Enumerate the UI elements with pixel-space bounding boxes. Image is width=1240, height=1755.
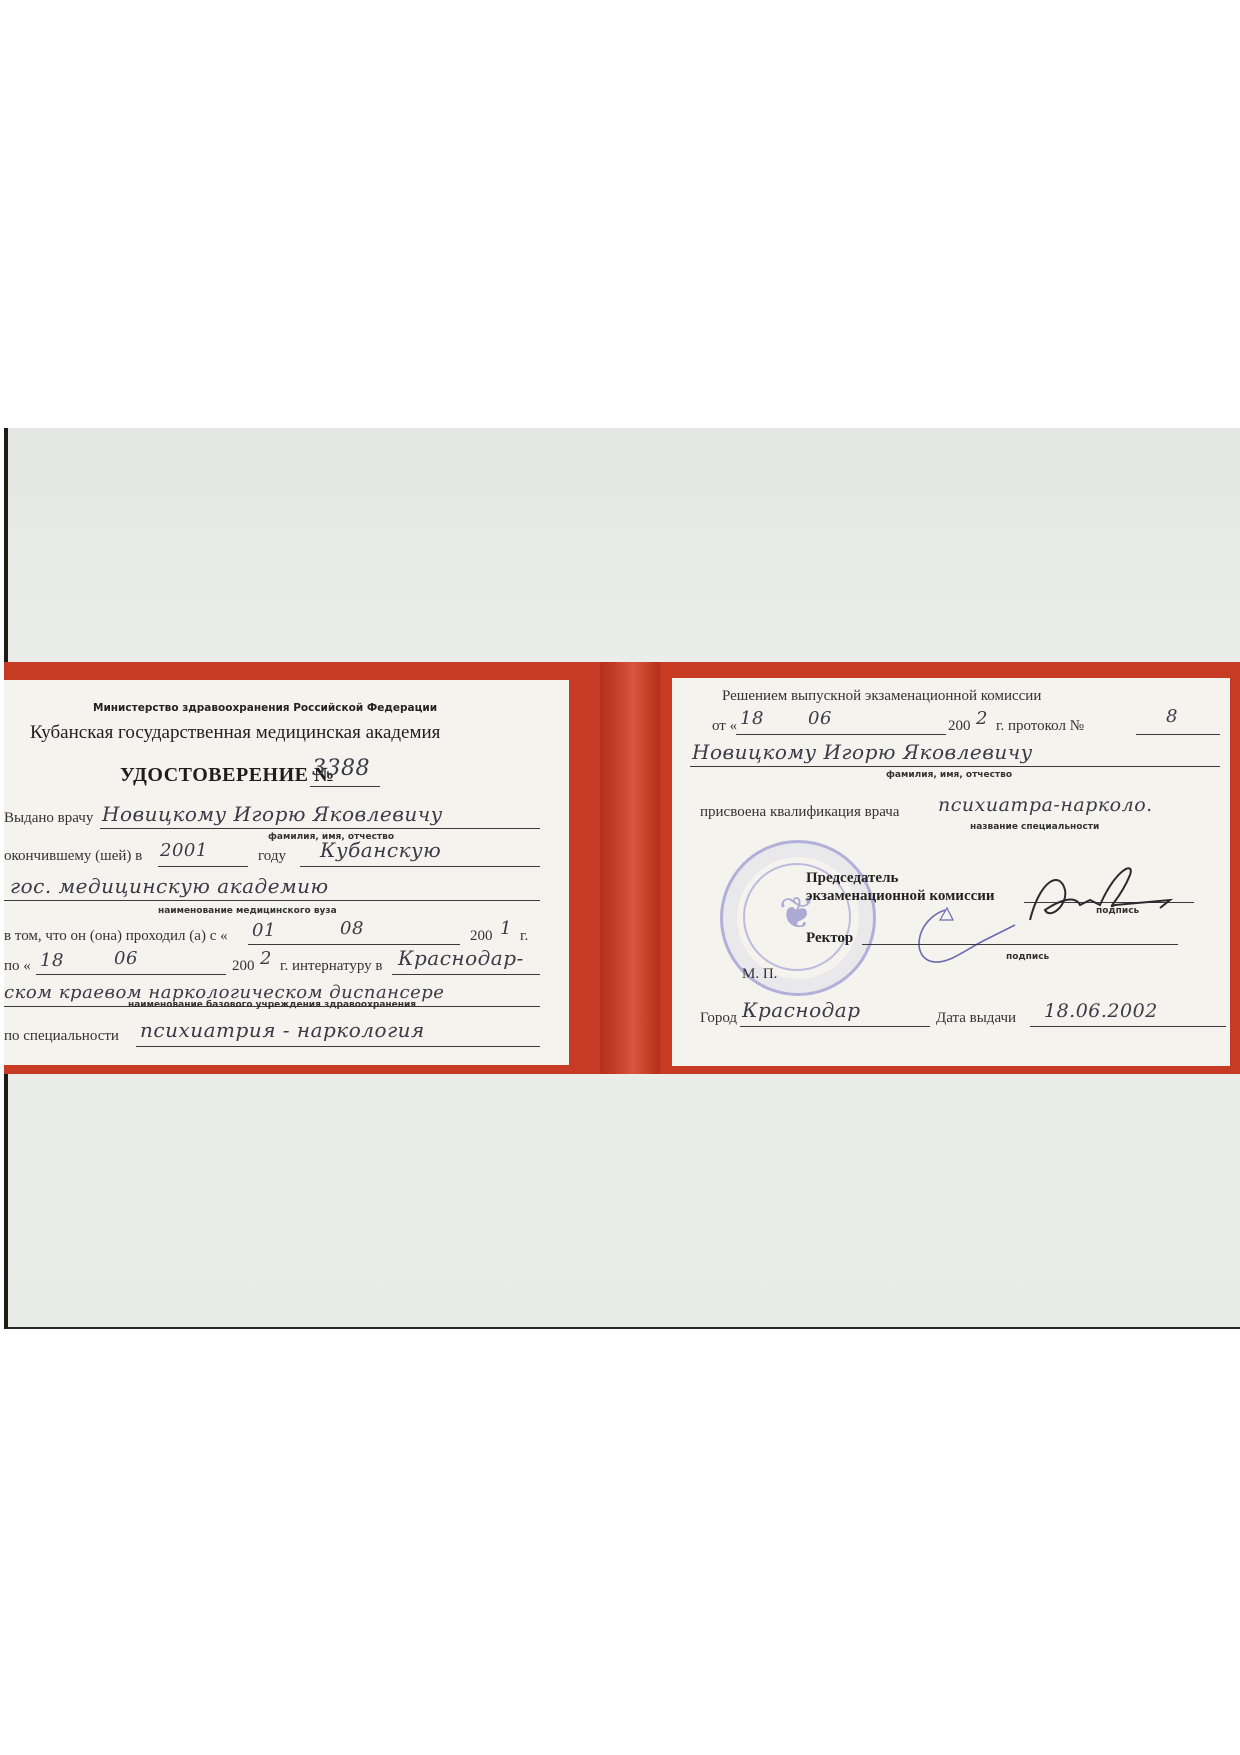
from-year-suffix: г.	[520, 928, 528, 945]
university-caption: наименование медицинского вуза	[158, 906, 337, 916]
qualification-caption: название специальности	[970, 822, 1099, 832]
to-year-digit: 2	[260, 948, 272, 969]
decision-from-label: от «	[712, 718, 737, 735]
period-to-label: по «	[4, 958, 31, 975]
from-day: 01	[252, 920, 276, 941]
from-year-prefix: 200	[470, 928, 493, 945]
period-from-label: в том, что он (она) проходил (а) с «	[4, 928, 228, 945]
university-line-2: гос. медицинскую академию	[10, 874, 329, 898]
university-underline-2	[4, 900, 540, 901]
specialty-underline	[136, 1046, 540, 1047]
rector-signature-line	[862, 944, 1178, 945]
chairman-label-1: Председатель	[806, 870, 898, 887]
qualification-label: присвоена квалификация врача	[700, 804, 899, 821]
to-year-prefix: 200	[232, 958, 255, 975]
decision-month: 06	[808, 708, 832, 729]
name-underline	[100, 828, 540, 829]
from-year-digit: 1	[500, 918, 512, 939]
city-value: Краснодар	[742, 998, 861, 1022]
institution-caption: наименование базового учреждения здравоо…	[128, 1000, 416, 1010]
academy-name: Кубанская государственная медицинская ак…	[30, 722, 440, 744]
specialty-value: психиатрия - наркология	[140, 1018, 425, 1042]
rector-signature-caption: подпись	[1006, 952, 1049, 962]
chairman-signature-icon	[1020, 860, 1190, 940]
from-date-underline	[248, 944, 460, 945]
qualification-value: психиатра-нарколо.	[938, 794, 1153, 816]
decision-date-underline	[736, 734, 946, 735]
number-underline	[310, 786, 380, 787]
certificate-title: УДОСТОВЕРЕНИЕ №	[120, 764, 335, 787]
decision-day: 18	[740, 708, 764, 729]
protocol-number: 8	[1166, 706, 1178, 727]
ministry-heading: Министерство здравоохранения Российской …	[93, 702, 437, 714]
issue-date-label: Дата выдачи	[936, 1010, 1016, 1027]
protocol-underline	[1136, 734, 1220, 735]
rector-label: Ректор	[806, 930, 853, 947]
issue-date-value: 18.06.2002	[1044, 1000, 1158, 1022]
issued-label: Выдано врачу	[4, 810, 93, 827]
university-line-1: Кубанскую	[320, 838, 441, 862]
city-label: Город	[700, 1010, 737, 1027]
from-month: 08	[340, 918, 364, 939]
graduated-year: 2001	[160, 840, 208, 861]
recipient-name: Новицкому Игорю Яковлевичу	[692, 740, 1033, 764]
specialty-label: по специальности	[4, 1028, 119, 1045]
decision-label: Решением выпускной экзаменационной комис…	[722, 688, 1041, 705]
city-underline	[740, 1026, 930, 1027]
decision-year-prefix: 200	[948, 718, 971, 735]
year-label: году	[258, 848, 286, 865]
issued-name: Новицкому Игорю Яковлевичу	[102, 802, 443, 826]
certificate-number: 3388	[312, 756, 370, 781]
university-underline-1	[300, 866, 540, 867]
recipient-underline	[690, 766, 1220, 767]
cover-spine	[600, 662, 660, 1074]
protocol-label: г. протокол №	[996, 718, 1084, 735]
to-day: 18	[40, 950, 64, 971]
to-date-underline	[36, 974, 226, 975]
decision-year-digit: 2	[976, 708, 988, 729]
institution-underline-1	[392, 974, 540, 975]
year-underline	[158, 866, 248, 867]
institution-line-1: Краснодар-	[398, 946, 524, 970]
internship-label: г. интернатуру в	[280, 958, 383, 975]
to-month: 06	[114, 948, 138, 969]
graduated-label: окончившему (шей) в	[4, 848, 142, 865]
issue-date-underline	[1030, 1026, 1226, 1027]
seal-place-label: М. П.	[742, 966, 777, 983]
recipient-fio-caption: фамилия, имя, отчество	[886, 770, 1012, 780]
